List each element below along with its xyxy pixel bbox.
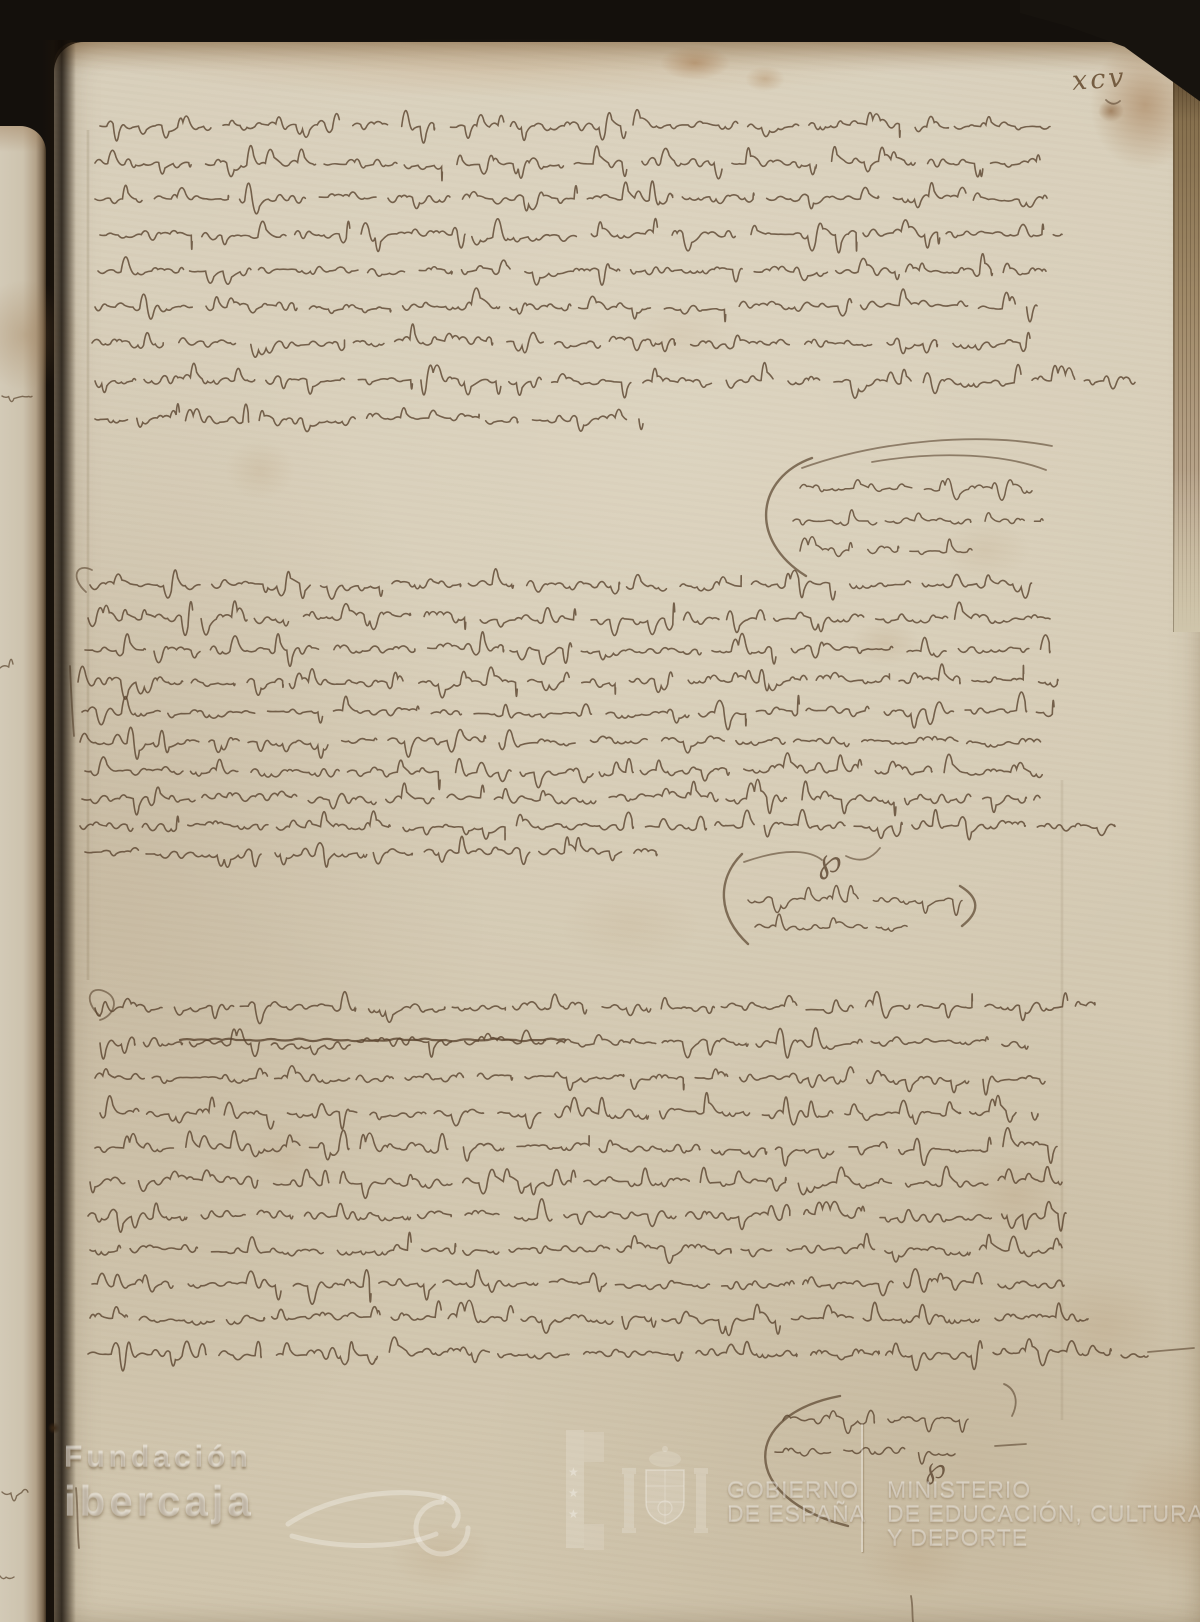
facing-page-edge [0,126,46,1622]
manuscript-photo: xcv ℘℘ Fundación ibercaja ★ ★ ★ [0,0,1200,1622]
manuscript-page [54,42,1200,1622]
folio-number: xcv [1071,62,1128,97]
